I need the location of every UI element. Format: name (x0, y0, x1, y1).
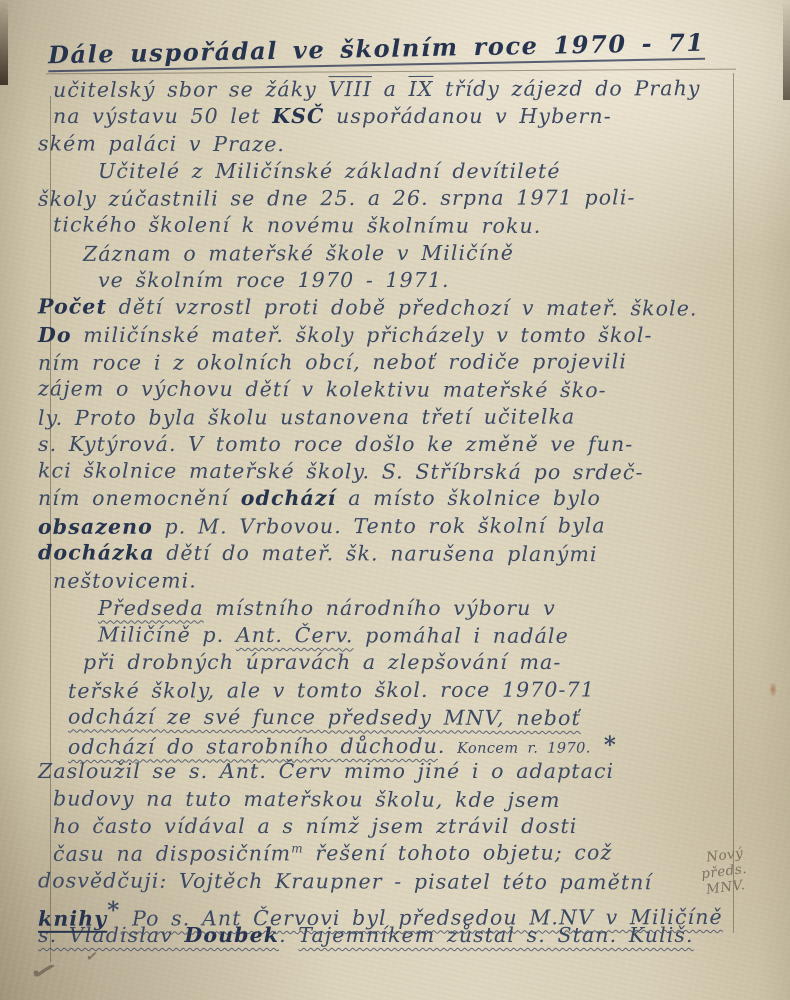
manuscript-text-segment: místního národního výboru v (204, 596, 556, 620)
manuscript-text-segment: odchází (241, 486, 337, 510)
manuscript-text-segment: neštovicemi. (53, 569, 197, 593)
manuscript-text-segment: odchází do starobního důchodu (68, 734, 438, 759)
manuscript-text-segment: ho často vídával a s nímž jsem ztrávil d… (53, 814, 577, 838)
manuscript-text-segment: Záznam o mateřské škole v Miličíně (83, 241, 514, 266)
manuscript-line: zájem o výchovu dětí v kolektivu mateřsk… (38, 377, 740, 407)
page-stain (769, 682, 777, 697)
manuscript-line: při drobných úpravách a zlepšování ma- (83, 650, 740, 677)
manuscript-line: Učitelé z Miličínské základní devítileté (98, 159, 740, 186)
page-heading: Dále uspořádal ve školním roce 1970 - 71 (48, 28, 705, 70)
manuscript-line: Předseda místního národního výboru v (98, 596, 740, 623)
manuscript-line: školy zúčastnili se dne 25. a 26. srpna … (38, 185, 740, 214)
manuscript-text-segment: Koncem r. 1970. (457, 741, 591, 757)
manuscript-line: ském paláci v Praze. (38, 131, 740, 161)
manuscript-text-segment: Ant. Červ. (236, 623, 354, 647)
manuscript-line: ním roce i z okolních obcí, neboť rodiče… (38, 349, 740, 378)
manuscript-text-segment: dětí vzrostl proti době předchozí v mate… (107, 295, 698, 321)
manuscript-line: kci školnice mateřské školy. S. Stříbrsk… (38, 459, 740, 489)
manuscript-text-segment: Do (38, 323, 72, 347)
manuscript-text-segment: Počet (38, 295, 107, 319)
manuscript-text-segment: uspořádanou v Hybern- (324, 104, 611, 128)
manuscript-text-segment: docházka (38, 540, 155, 564)
manuscript-text-segment: a místo školnice bylo (337, 486, 601, 510)
manuscript-text-segment: * (107, 897, 120, 924)
manuscript-text-segment: s. Kytýrová. V tomto roce došlo ke změně… (38, 432, 633, 456)
manuscript-text-segment: teřské školy, ale v tomto škol. roce 197… (68, 677, 595, 702)
manuscript-line: učitelský sbor se žáky VIII a IX třídy z… (53, 76, 740, 105)
manuscript-line: Počet dětí vzrostl proti době předchozí … (38, 295, 740, 325)
manuscript-text-segment: Miličíně p. (98, 622, 236, 646)
manuscript-text-segment: p. M. Vrbovou. Tento rok školní byla (153, 513, 606, 538)
manuscript-text-segment: na výstavu 50 let (53, 104, 272, 128)
manuscript-text-segment: při drobných úpravách a zlepšování ma- (83, 650, 561, 674)
manuscript-text-segment: . (438, 734, 457, 758)
manuscript-line: teřské školy, ale v tomto škol. roce 197… (68, 677, 740, 706)
manuscript-text-segment: třídy zájezd do Prahy (433, 76, 700, 101)
margin-note-pencil: Nový předs. MNV. (698, 842, 775, 898)
manuscript-line: Miličíně p. Ant. Červ. pomáhal i nadále (98, 622, 740, 651)
chronicle-page-photo: Dále uspořádal ve školním roce 1970 - 71… (0, 0, 790, 1000)
manuscript-text-segment: obsazeno (38, 514, 153, 538)
manuscript-text-segment: ly. Proto byla školu ustanovena třetí uč… (38, 404, 575, 429)
manuscript-text-segment: učitelský sbor se žáky (53, 77, 329, 102)
manuscript-text-segment: tického školení k novému školnímu roku. (53, 213, 542, 239)
manuscript-text-segment: dětí do mateř. šk. narušena planými (155, 541, 598, 566)
manuscript-text-segment: ním roce i z okolních obcí, neboť rodiče… (38, 349, 627, 375)
manuscript-line: dosvědčuji: Vojtěch Kraupner - pisatel t… (38, 868, 740, 898)
manuscript-text-segment: miličínské mateř. školy přicházely v tom… (72, 323, 653, 347)
manuscript-line: odchází do starobního důchodu. Koncem r.… (68, 731, 740, 760)
manuscript-line: budovy na tuto mateřskou školu, kde jsem (53, 786, 740, 815)
manuscript-text-segment: odchází ze své funce předsedy MNV, neboť (68, 704, 581, 730)
manuscript-line: knihy* Po s. Ant Červovi byl předsedou M… (38, 895, 740, 924)
manuscript-text-segment: ním onemocnění (38, 486, 241, 510)
manuscript-text-segment: zájem o výchovu dětí v kolektivu mateřsk… (38, 377, 607, 403)
manuscript-line: neštovicemi. (53, 567, 740, 596)
manuscript-text-segment: pomáhal i nadále (353, 623, 568, 648)
manuscript-text-segment: IX (409, 77, 434, 101)
manuscript-line: ly. Proto byla školu ustanovena třetí uč… (38, 404, 740, 433)
manuscript-text-segment: KSČ (272, 104, 324, 128)
manuscript-text-segment: * (591, 732, 617, 759)
pencil-rule-top (46, 69, 736, 75)
manuscript-line: času na disposičnímm řešení tohoto objet… (53, 840, 740, 869)
manuscript-line: odchází ze své funce předsedy MNV, neboť (68, 704, 740, 733)
checkmark-icon: ✓ (85, 948, 99, 965)
manuscript-line: ve školním roce 1970 - 1971. (98, 268, 740, 295)
manuscript-line: ho často vídával a s nímž jsem ztrávil d… (53, 814, 740, 841)
manuscript-text-segment: ve školním roce 1970 - 1971. (98, 268, 450, 292)
manuscript-text-segment: knihy (38, 906, 107, 930)
manuscript-line: obsazeno p. M. Vrbovou. Tento rok školní… (38, 513, 740, 542)
manuscript-text-segment: Učitelé z Miličínské základní devítileté (98, 159, 561, 183)
manuscript-text-segment: řešení tohoto objetu; což (304, 841, 613, 866)
manuscript-text-segment: budovy na tuto mateřskou školu, kde jsem (53, 786, 561, 812)
manuscript-text-segment: Předseda (98, 596, 204, 620)
book-edge-right (783, 0, 790, 100)
manuscript-text-segment: času na disposičním (53, 842, 291, 867)
book-edge-left (0, 0, 8, 85)
manuscript-text-segment: dosvědčuji: Vojtěch Kraupner - pisatel t… (38, 868, 652, 894)
manuscript-text-segment: ském paláci v Praze. (38, 131, 285, 156)
manuscript-text-segment: kci školnice mateřské školy. S. Stříbrsk… (38, 459, 644, 485)
manuscript-text-segment: Zasloužil se s. Ant. Červ mimo jiné i o … (38, 759, 614, 783)
manuscript-text-segment: školy zúčastnili se dne 25. a 26. srpna … (38, 186, 636, 212)
manuscript-body: učitelský sbor se žáky VIII a IX třídy z… (38, 77, 740, 951)
manuscript-line: ním onemocnění odchází a místo školnice … (38, 486, 740, 513)
manuscript-text-segment: a (372, 77, 409, 101)
manuscript-line: docházka dětí do mateř. šk. narušena pla… (38, 540, 740, 570)
manuscript-line: tického školení k novému školnímu roku. (53, 213, 740, 242)
manuscript-line: Záznam o mateřské škole v Miličíně (83, 240, 740, 269)
manuscript-text-segment: VIII (328, 77, 372, 101)
manuscript-text-segment: m (291, 842, 304, 856)
manuscript-line: s. Kytýrová. V tomto roce došlo ke změně… (38, 432, 740, 459)
manuscript-text-segment: Po s. Ant Červovi byl předsedou M.NV v M… (120, 905, 722, 931)
manuscript-line: Zasloužil se s. Ant. Červ mimo jiné i o … (38, 759, 740, 786)
manuscript-line: na výstavu 50 let KSČ uspořádanou v Hybe… (53, 104, 740, 131)
checkmark-icon: ✓ (26, 957, 62, 987)
manuscript-line: Do miličínské mateř. školy přicházely v … (38, 323, 740, 350)
